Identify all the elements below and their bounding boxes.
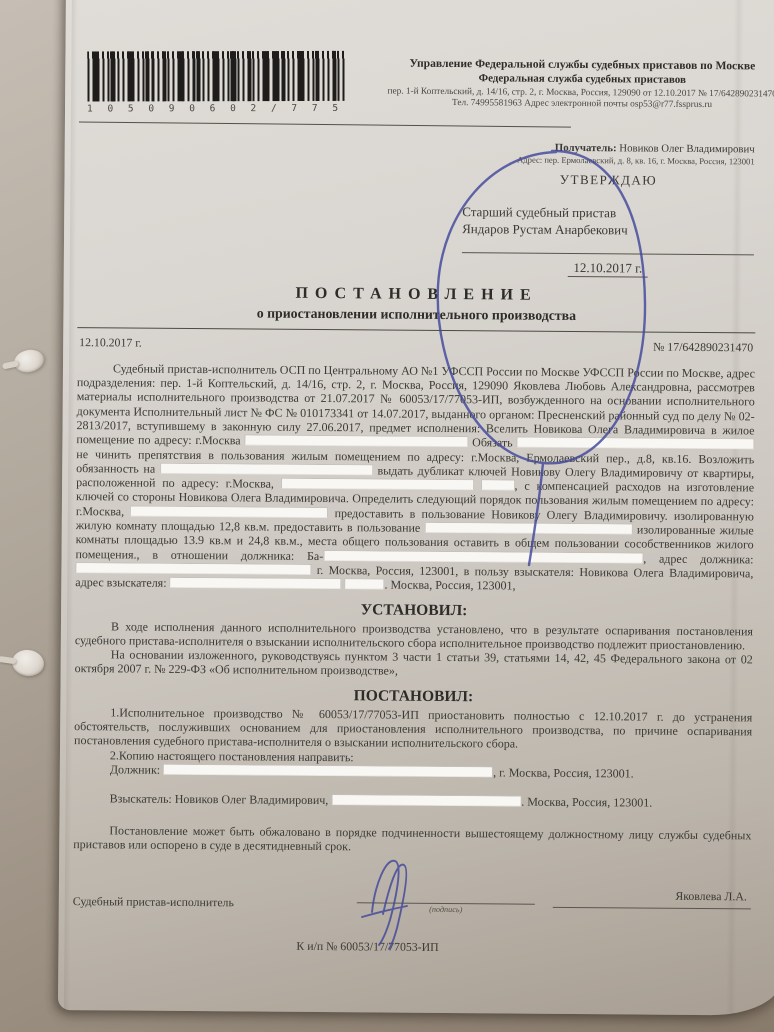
approval-date: 12.10.2017 г.	[462, 259, 754, 278]
letterhead-header: 1 0 5 0 9 0 6 0 2 / 7 7 5 3 - 2 Управлен…	[79, 50, 758, 143]
redaction-bar	[331, 794, 521, 806]
redaction-bar	[244, 435, 468, 448]
case-reference: К и/п № 60053/17/77053-ИП	[72, 937, 750, 957]
signer-name-line	[553, 907, 751, 910]
barcode: 1 0 5 0 9 0 6 0 2 / 7 7 5 3 - 2	[87, 50, 345, 115]
document-number: № 17/642890231470	[653, 339, 753, 355]
header-rule	[79, 121, 571, 127]
meta-row: 12.10.2017 г. № 17/642890231470	[77, 335, 755, 355]
recipient-name: Новиков Олег Владимирович	[619, 142, 755, 155]
barcode-bars	[87, 51, 345, 102]
paragraph-legal-basis: На основании изложенного, руководствуясь…	[75, 647, 753, 681]
hole-punch	[10, 648, 45, 678]
photo-of-document: { "colors":{ "backdrop":"#8e8375","paper…	[0, 0, 774, 1032]
redaction-bar	[163, 764, 493, 778]
redaction-bar	[345, 578, 385, 589]
hole-punch	[12, 347, 46, 375]
appeal-paragraph: Постановление может быть обжаловано в по…	[73, 823, 751, 857]
redaction-bar	[425, 522, 633, 535]
body-paragraph-main: Судебный пристав-исполнитель ОСП по Цент…	[75, 361, 755, 595]
document-subtitle: о приостановлении исполнительного произв…	[77, 304, 755, 325]
redaction-bar	[160, 463, 373, 476]
signature-caption: (подпись)	[357, 904, 535, 914]
recipient-label: Получатель:	[555, 142, 617, 154]
barcode-digits: 1 0 5 0 9 0 6 0 2 / 7 7 5 3 - 2	[87, 103, 345, 115]
document-paper: 1 0 5 0 9 0 6 0 2 / 7 7 5 3 - 2 Управлен…	[58, 0, 774, 1016]
redaction-bar	[516, 437, 754, 450]
resolved-item-1: 1.Исполнительное производство № 60053/17…	[74, 705, 752, 753]
org-address: пер. 1-й Коптельский, д. 14/16, стр. 2, …	[379, 86, 774, 112]
signer-title: Судебный пристав-исполнитель	[73, 884, 309, 911]
signer-name: Яковлева Л.А.	[553, 888, 751, 907]
signature-field: (подпись)	[357, 886, 535, 914]
title-rule	[77, 327, 755, 333]
signer-name-field: Яковлева Л.А.	[553, 888, 751, 910]
document-title: ПОСТАНОВЛЕНИЕ	[78, 283, 756, 306]
document-title-block: ПОСТАНОВЛЕНИЕ о приостановлении исполнит…	[77, 283, 755, 325]
letterhead: Управление Федеральной службы судебных п…	[379, 56, 774, 111]
redaction-bar	[323, 550, 643, 564]
approval-name: Яндаров Рустам Анарбекович	[462, 221, 754, 240]
redaction-bar	[170, 577, 342, 589]
approval-signature-line	[462, 252, 754, 255]
redaction-bar	[281, 478, 474, 491]
approval-title: УТВЕРЖДАЮ	[462, 171, 754, 190]
signature-row: Судебный пристав-исполнитель (подпись) Я…	[73, 884, 751, 916]
redaction-bar	[75, 562, 311, 575]
approval-block: УТВЕРЖДАЮ Старший судебный пристав Яндар…	[462, 171, 755, 278]
redaction-bar	[130, 505, 328, 518]
document-date: 12.10.2017 г.	[79, 335, 142, 350]
redaction-bar	[481, 479, 515, 490]
